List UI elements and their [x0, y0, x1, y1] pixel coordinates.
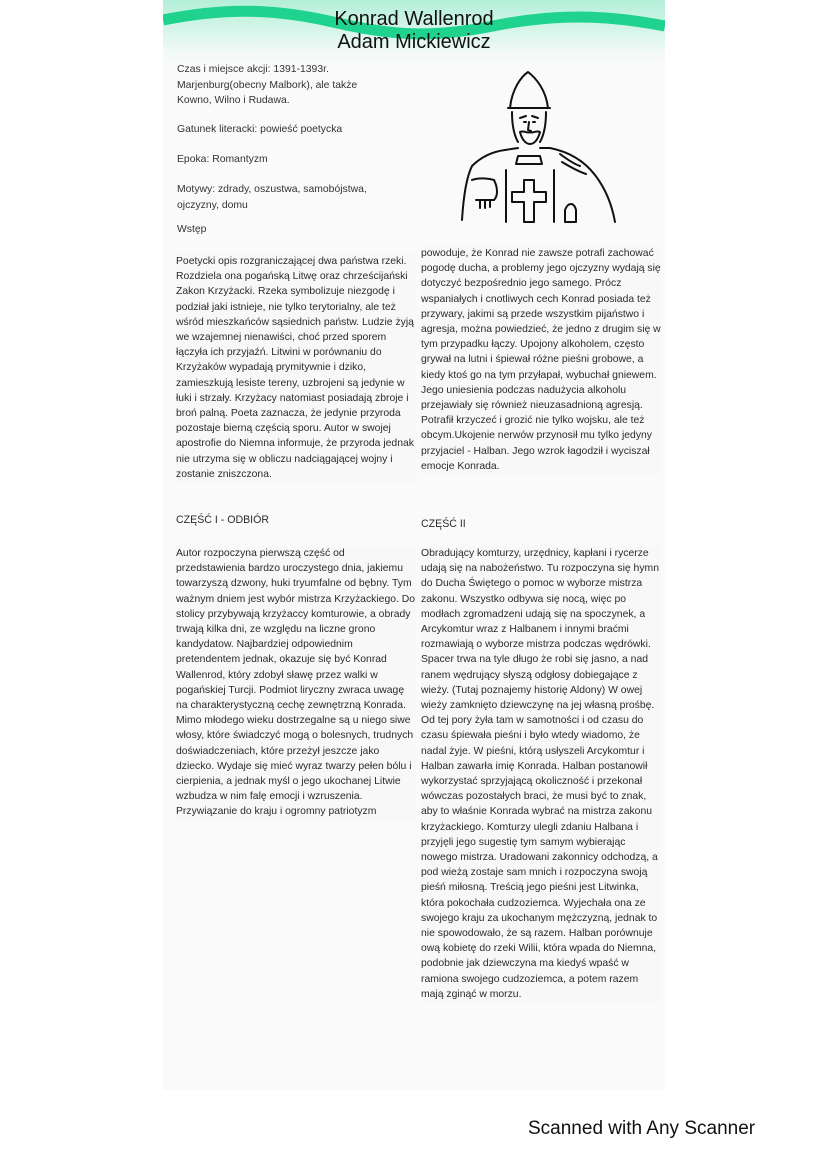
motifs-block: Motywy: zdrady, oszustwa, samobójstwa, o…: [177, 182, 417, 213]
genre-line: Gatunek literacki: powieść poetycka: [177, 122, 417, 138]
intro-paragraph: Poetycki opis rozgraniczającej dwa państ…: [176, 254, 416, 482]
part2-heading: CZĘŚĆ II: [421, 518, 466, 530]
time-place-line-1: Czas i miejsce akcji: 1391-1393r.: [177, 62, 417, 78]
motifs-line-2: ojczyzny, domu: [177, 198, 417, 214]
part2-paragraph: Obradujący komturzy, urzędnicy, kapłani …: [421, 546, 661, 1002]
time-place-line-2: Marjenburg(obecny Malbork), ale także: [177, 78, 417, 94]
part1-continuation-paragraph: powoduje, że Konrad nie zawsze potrafi z…: [421, 246, 661, 474]
intro-heading: Wstęp: [177, 222, 417, 238]
epoch-line: Epoka: Romantyzm: [177, 152, 417, 168]
document-author: Adam Mickiewicz: [0, 31, 828, 53]
motifs-line-1: Motywy: zdrady, oszustwa, samobójstwa,: [177, 182, 417, 198]
part1-heading: CZĘŚĆ I - ODBIÓR: [176, 514, 269, 526]
part1-paragraph: Autor rozpoczyna pierwszą część od przed…: [176, 546, 416, 820]
time-place-line-3: Kowno, Wilno i Rudawa.: [177, 93, 417, 109]
document-title: Konrad Wallenrod: [0, 8, 828, 30]
intro-text: Poetycki opis rozgraniczającej dwa państ…: [176, 254, 416, 482]
part2-text: Obradujący komturzy, urzędnicy, kapłani …: [421, 546, 661, 1002]
knight-drawing-icon: [450, 70, 625, 230]
part1-text: Autor rozpoczyna pierwszą część od przed…: [176, 546, 416, 820]
time-place-block: Czas i miejsce akcji: 1391-1393r. Marjen…: [177, 62, 417, 109]
scanner-watermark: Scanned with Any Scanner: [528, 1118, 755, 1140]
part1-continuation-text: powoduje, że Konrad nie zawsze potrafi z…: [421, 246, 661, 474]
